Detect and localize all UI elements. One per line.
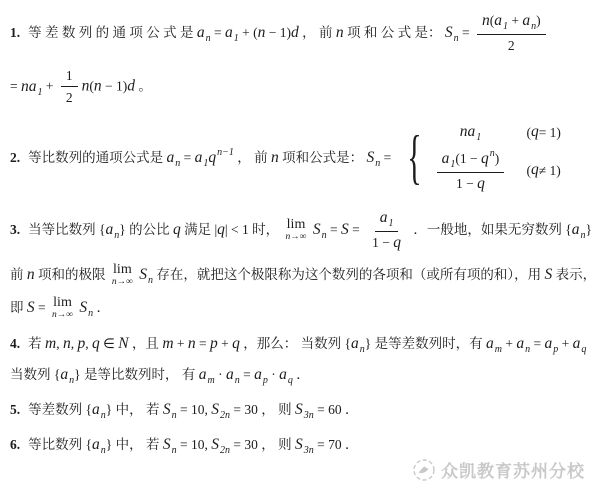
cases-row: na1(q = 1) (422, 122, 560, 144)
math-var: am (199, 366, 215, 383)
item-number: 4. (10, 336, 20, 351)
math-var: d (127, 78, 135, 95)
fraction: n(a1 + an)2 (477, 11, 546, 55)
math-var-base: a (105, 221, 113, 238)
text-run: · (268, 367, 279, 382)
limit-operator: limn→∞ (112, 263, 133, 288)
text-run: = (380, 150, 394, 165)
math-var-base: q (92, 335, 100, 352)
text-run: } 中， 若 (106, 402, 163, 417)
text-run: , (85, 336, 92, 351)
math-subscript: 2n (220, 410, 230, 421)
text-run: } 中， 若 (106, 437, 163, 452)
math-var: na1 (21, 78, 43, 95)
math-var-base: a (442, 150, 450, 167)
text-run: ∈ (100, 336, 119, 351)
text-run: = (196, 336, 210, 351)
cases-row-expression: na1 (422, 122, 518, 144)
math-var-base: q (217, 221, 225, 238)
text-run: 前 (10, 267, 27, 282)
math-var: a1 (442, 150, 456, 167)
cases-row: a1(1 − qn)1 − q(q ≠ 1) (422, 147, 560, 195)
math-var: q (173, 221, 181, 238)
math-var-base: a (92, 401, 100, 418)
text-run: = 10, (177, 402, 212, 417)
math-var-base: a (351, 335, 359, 352)
math-var-base: m (45, 335, 56, 352)
text-run: + (43, 79, 57, 94)
math-var: Sn (313, 221, 327, 238)
math-var: n (336, 24, 344, 41)
limit-label: lim (113, 263, 132, 277)
cases-brace-icon: { (407, 132, 421, 183)
math-var: an (351, 335, 365, 352)
limit-operator: limn→∞ (286, 218, 307, 243)
text-run: 即 (10, 300, 27, 315)
text-run: 项和公式是： (279, 150, 367, 165)
math-var-base: a (197, 24, 205, 41)
text-run: + (174, 336, 188, 351)
math-var: ap (254, 366, 268, 383)
item-number: 1. (10, 25, 20, 40)
math-var-base: S (27, 299, 35, 316)
math-var-base: n (271, 149, 279, 166)
text-run: = (10, 79, 21, 94)
text-run: 2 (508, 38, 515, 53)
math-var: q (477, 175, 485, 192)
fraction-numerator: a1 (375, 208, 399, 232)
text-run: 。 (135, 79, 152, 94)
formula-line: 2.等比数列的通项公式是 an = a1qn−1 ， 前 n 项和公式是： Sn… (10, 122, 583, 195)
text-run: } 是等比数列时， 有 (74, 367, 199, 382)
text-run: = 30 ， 则 (230, 437, 295, 452)
math-var: aq (279, 366, 293, 383)
text-run: = (35, 300, 49, 315)
limit-underscript: n→∞ (112, 278, 133, 288)
math-var: an (92, 401, 106, 418)
formula-item: 4.若 m, n, p, q ∈ N ，且 m + n = p + q ，那么：… (10, 334, 583, 387)
formula-item: 2.等比数列的通项公式是 an = a1qn−1 ， 前 n 项和公式是： Sn… (10, 122, 583, 195)
formula-item: 3.当等比数列 {an} 的公比 q 满足 |q| < 1 时， limn→∞ … (10, 207, 583, 321)
text-run: = (211, 25, 225, 40)
math-var-base: a (279, 366, 287, 383)
math-var-base: na (460, 123, 476, 140)
fraction-numerator: 1 (61, 66, 78, 87)
math-var-base: a (380, 209, 388, 226)
math-var: m (45, 335, 56, 352)
math-var-base: S (211, 436, 219, 453)
formula-line: 即 S = limn→∞ Sn ． (10, 296, 583, 321)
math-var-base: a (516, 335, 524, 352)
fraction-denominator: 2 (61, 87, 78, 107)
text-run: 当数列 { (10, 367, 60, 382)
watermark-logo-icon (412, 458, 436, 482)
math-var-base: q (208, 149, 216, 166)
math-subscript: 2n (220, 445, 230, 456)
math-var: an (226, 366, 240, 383)
math-var: q (232, 335, 240, 352)
math-var-base: n (336, 24, 344, 41)
math-var-base: n (482, 12, 490, 29)
text-run: ) (536, 13, 541, 28)
math-var: Sn (163, 436, 177, 453)
text-run: ) (495, 151, 500, 166)
text-run: 若 (28, 336, 45, 351)
item-number: 6. (10, 437, 20, 452)
text-run: = 60 ． (314, 402, 359, 417)
math-var: a1 (195, 149, 209, 166)
watermark-text: 众凯教育苏州分校 (441, 457, 585, 482)
limit-operator: limn→∞ (52, 296, 73, 321)
math-var: an (60, 366, 74, 383)
text-run: , (56, 336, 63, 351)
text-run: 等 差 数 列 的 通 项 公 式 是 (28, 25, 197, 40)
math-var: S2n (211, 436, 230, 453)
math-var-base: q (173, 221, 181, 238)
formula-line: 6.等比数列 {an} 中， 若 Sn = 10, S2n = 30 ， 则 S… (10, 435, 583, 457)
math-var: d (291, 24, 299, 41)
math-var: n (63, 335, 71, 352)
formula-line: 前 n 项和的极限 limn→∞ Sn 存在，就把这个极限称为这个数列的各项和（… (10, 263, 583, 288)
fraction: a11 − q (367, 208, 406, 253)
math-var: an (92, 436, 106, 453)
text-run: ，那么： 当数列 { (240, 336, 351, 351)
math-var: S3n (295, 436, 314, 453)
limit-label: lim (53, 296, 72, 310)
text-run: 2 (66, 90, 73, 105)
formula-line: 1.等 差 数 列 的 通 项 公 式 是 an = a1 + (n − 1)d… (10, 10, 583, 56)
fraction-numerator: n(a1 + an) (477, 11, 546, 35)
math-var-base: q (481, 150, 489, 167)
math-var: Sn (79, 299, 93, 316)
math-subscript: m (207, 375, 214, 386)
math-var: S (27, 299, 35, 316)
fraction-denominator: 2 (503, 35, 520, 55)
math-var-base: na (21, 78, 37, 95)
math-var-base: q (531, 123, 539, 140)
math-var-base: a (254, 366, 262, 383)
math-var: an (516, 335, 530, 352)
math-var-base: a (486, 335, 494, 352)
text-run: + (502, 336, 516, 351)
math-subscript: 3n (304, 445, 314, 456)
math-var-base: S (163, 401, 171, 418)
math-var: Sn (139, 266, 153, 283)
text-run: + (508, 13, 522, 28)
math-var-base: S (79, 299, 87, 316)
text-run: ． (293, 367, 310, 382)
cases-rows: na1(q = 1)a1(1 − qn)1 − q(q ≠ 1) (422, 122, 560, 195)
math-var-base: a (225, 24, 233, 41)
text-run: = 70 ． (314, 437, 359, 452)
math-var-base: S (445, 24, 453, 41)
math-var-base: S (341, 221, 349, 238)
fraction-denominator: 1 − q (451, 173, 490, 194)
math-var: a1 (380, 209, 394, 226)
watermark: 众凯教育苏州分校 (412, 457, 585, 482)
text-run: 1 (66, 68, 73, 83)
text-run: 等比数列的通项公式是 (28, 150, 166, 165)
math-var: aq (573, 335, 587, 352)
formula-item: 1.等 差 数 列 的 通 项 公 式 是 an = a1 + (n − 1)d… (10, 10, 583, 109)
math-var-base: q (477, 175, 485, 192)
cases-expression: {na1(q = 1)a1(1 − qn)1 − q(q ≠ 1) (400, 122, 561, 195)
text-run: + (558, 336, 572, 351)
math-var-base: a (572, 221, 580, 238)
math-var-base: a (494, 12, 502, 29)
formula-item: 6.等比数列 {an} 中， 若 Sn = 10, S2n = 30 ， 则 S… (10, 435, 583, 457)
text-run: 存在，就把这个极限称为这个数列的各项和（或所有项的和），用 (153, 267, 545, 282)
text-run: = (349, 222, 363, 237)
math-var-base: a (60, 366, 68, 383)
math-var: am (486, 335, 502, 352)
math-var-base: S (295, 401, 303, 418)
math-var-base: m (162, 335, 173, 352)
math-var: q (393, 234, 401, 251)
text-run: } 的公比 (119, 222, 173, 237)
text-run: 表示， (552, 267, 591, 282)
text-run: = 10, (177, 437, 212, 452)
math-var-base: S (163, 436, 171, 453)
text-run: = (459, 25, 473, 40)
math-var: n (271, 149, 279, 166)
math-var: ap (544, 335, 558, 352)
text-run: 等比数列 { (28, 437, 92, 452)
math-var: S (341, 221, 349, 238)
item-number: 2. (10, 150, 20, 165)
math-var: S3n (295, 401, 314, 418)
document-root: { "page": { "background": "#ffffff", "te… (0, 0, 591, 492)
math-var: q (92, 335, 100, 352)
math-var-base: S (313, 221, 321, 238)
math-var-base: a (522, 12, 530, 29)
text-run: 满足 | (181, 222, 217, 237)
text-run: = (327, 222, 341, 237)
text-run: · (215, 367, 226, 382)
formula-line: 3.当等比数列 {an} 的公比 q 满足 |q| < 1 时， limn→∞ … (10, 207, 583, 254)
math-var: q (217, 221, 225, 238)
text-run: ，且 (129, 336, 163, 351)
text-run: ．一般地，如果无穷数列 { (410, 222, 572, 237)
math-subscript: 3n (304, 410, 314, 421)
fraction-denominator: 1 − q (367, 232, 406, 253)
math-var: na1 (460, 122, 482, 144)
math-var: a1 (494, 12, 508, 29)
math-superscript: n−1 (217, 147, 234, 158)
fraction: 12 (61, 66, 78, 107)
math-var-base: S (139, 266, 147, 283)
fraction: a1(1 − qn)1 − q (437, 148, 505, 194)
math-var-base: S (295, 436, 303, 453)
formula-line: 5.等差数列 {an} 中， 若 Sn = 10, S2n = 30 ， 则 S… (10, 400, 583, 422)
math-var-base: a (92, 436, 100, 453)
text-run: ， 前 (299, 25, 336, 40)
math-var: n (188, 335, 196, 352)
math-subscript: 1 (476, 132, 481, 143)
math-var: q (531, 122, 539, 143)
math-var: q (531, 160, 539, 181)
text-run: 1 − (372, 235, 393, 250)
text-run: = (530, 336, 544, 351)
text-run: ≠ 1) (539, 162, 561, 180)
limit-label: lim (287, 218, 306, 232)
math-var-base: a (199, 366, 207, 383)
math-var: qn−1 (208, 149, 234, 166)
math-var-base: d (127, 78, 135, 95)
math-var: Sn (367, 149, 381, 166)
math-var-base: N (118, 335, 128, 352)
math-var-base: n (94, 78, 102, 95)
math-var: N (118, 335, 128, 352)
cases-row-condition: (q ≠ 1) (526, 160, 560, 181)
text-run: 项和的极限 (35, 267, 109, 282)
formula-line: 当数列 {an} 是等比数列时， 有 am · an = ap · aq ． (10, 365, 583, 387)
math-subscript: 1 (388, 218, 393, 229)
math-var: an (522, 12, 536, 29)
text-run: | < 1 时， (225, 222, 283, 237)
text-run: − 1) (265, 25, 291, 40)
text-run: 等差数列 { (28, 402, 92, 417)
math-var-base: a (167, 149, 175, 166)
item-number: 5. (10, 402, 20, 417)
formula-list: 1.等 差 数 列 的 通 项 公 式 是 an = a1 + (n − 1)d… (10, 10, 583, 457)
math-var: a1 (225, 24, 239, 41)
limit-underscript: n→∞ (52, 311, 73, 321)
math-var: m (162, 335, 173, 352)
text-run: 当等比数列 { (28, 222, 105, 237)
math-var-base: q (531, 161, 539, 178)
text-run: (1 − (455, 151, 481, 166)
text-run: } 是等差数列时，有 (365, 336, 486, 351)
formula-item: 5.等差数列 {an} 中， 若 Sn = 10, S2n = 30 ， 则 S… (10, 400, 583, 422)
cases-row-expression: a1(1 − qn)1 − q (422, 147, 518, 195)
math-var: an (572, 221, 586, 238)
text-run: = (180, 150, 194, 165)
math-var-base: a (195, 149, 203, 166)
item-number: 3. (10, 222, 20, 237)
math-var: n (482, 12, 490, 29)
math-var: an (197, 24, 211, 41)
math-var: n (27, 266, 35, 283)
text-run: − 1) (102, 79, 128, 94)
math-var-base: q (232, 335, 240, 352)
fraction-numerator: a1(1 − qn) (437, 148, 505, 173)
math-var-base: a (226, 366, 234, 383)
text-run: ； (586, 336, 591, 351)
math-var: S2n (211, 401, 230, 418)
cases-row-condition: (q = 1) (526, 122, 560, 143)
math-var-base: q (393, 234, 401, 251)
text-run: } 的 (586, 222, 591, 237)
text-run: = 1) (539, 124, 561, 142)
math-var-base: d (291, 24, 299, 41)
math-var-base: a (544, 335, 552, 352)
math-subscript: m (495, 344, 502, 355)
math-var: p (210, 335, 218, 352)
math-var-base: S (211, 401, 219, 418)
math-var: Sn (445, 24, 459, 41)
math-var: Sn (163, 401, 177, 418)
formula-line: 4.若 m, n, p, q ∈ N ，且 m + n = p + q ，那么：… (10, 334, 583, 356)
text-run: ， 前 (234, 150, 271, 165)
math-var-base: p (210, 335, 218, 352)
math-var-base: n (188, 335, 196, 352)
text-run: = (240, 367, 254, 382)
math-var-base: a (573, 335, 581, 352)
formula-line: = na1 + 12n(n − 1)d 。 (10, 65, 583, 108)
math-var-base: n (63, 335, 71, 352)
math-var-base: S (367, 149, 375, 166)
math-var: qn (481, 150, 495, 167)
math-var: an (167, 149, 181, 166)
math-var: n (94, 78, 102, 95)
text-run: ． (93, 300, 110, 315)
math-var-base: n (27, 266, 35, 283)
math-var: an (105, 221, 119, 238)
limit-underscript: n→∞ (286, 233, 307, 243)
text-run: + (218, 336, 232, 351)
text-run: 1 − (456, 176, 477, 191)
text-run: + ( (239, 25, 258, 40)
text-run: = 30 ， 则 (230, 402, 295, 417)
text-run: 项 和 公 式 是： (344, 25, 445, 40)
